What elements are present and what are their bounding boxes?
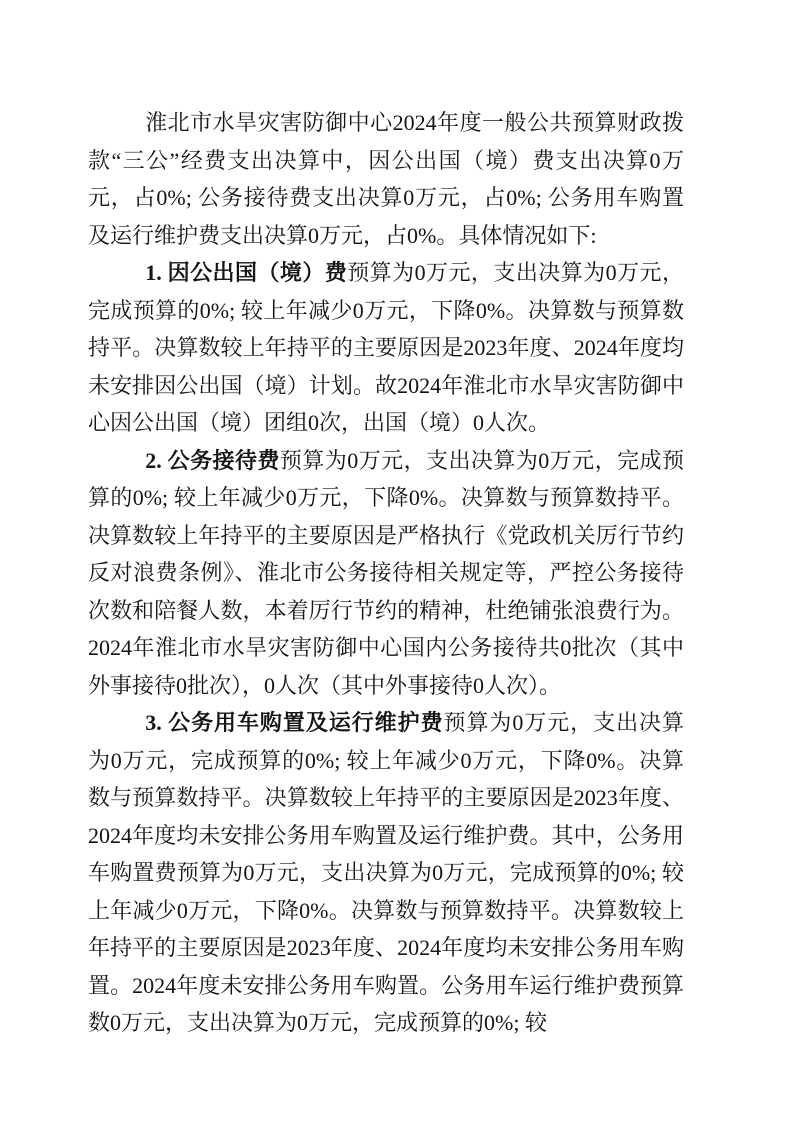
paragraph-section-2-text: 预算为0万元，支出决算为0万元，完成预算的0%; 较上年减少0万元，下降0%。决… [88, 448, 684, 698]
paragraph-section-1-heading: 1. 因公出国（境）费 [145, 260, 347, 285]
document-body: 淮北市水旱灾害防御中心2024年度一般公共预算财政拨款“三公”经费支出决算中，因… [88, 104, 684, 1042]
paragraph-section-1: 1. 因公出国（境）费预算为0万元，支出决算为0万元，完成预算的0%; 较上年减… [88, 254, 684, 442]
document-page: 淮北市水旱灾害防御中心2024年度一般公共预算财政拨款“三公”经费支出决算中，因… [0, 0, 793, 1122]
paragraph-section-2: 2. 公务接待费预算为0万元，支出决算为0万元，完成预算的0%; 较上年减少0万… [88, 442, 684, 705]
paragraph-section-3-text: 预算为0万元，支出决算为0万元，完成预算的0%; 较上年减少0万元，下降0%。决… [88, 710, 684, 1035]
paragraph-intro: 淮北市水旱灾害防御中心2024年度一般公共预算财政拨款“三公”经费支出决算中，因… [88, 104, 684, 254]
paragraph-section-2-heading: 2. 公务接待费 [145, 448, 280, 473]
paragraph-section-3-heading: 3. 公务用车购置及运行维护费 [145, 710, 443, 735]
paragraph-intro-text: 淮北市水旱灾害防御中心2024年度一般公共预算财政拨款“三公”经费支出决算中，因… [88, 110, 684, 248]
paragraph-section-3: 3. 公务用车购置及运行维护费预算为0万元，支出决算为0万元，完成预算的0%; … [88, 704, 684, 1042]
paragraph-section-1-text: 预算为0万元，支出决算为0万元，完成预算的0%; 较上年减少0万元，下降0%。决… [88, 260, 684, 435]
